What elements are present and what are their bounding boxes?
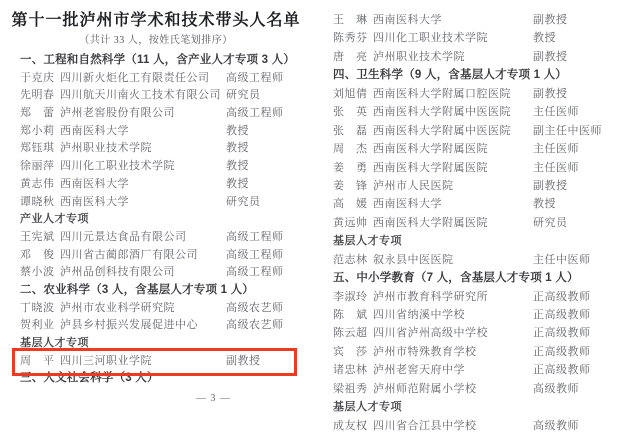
person-org: 泸州老窖天府中学 (373, 361, 465, 379)
person-name: 张 英 (333, 103, 368, 121)
person-name: 于克庆 (20, 70, 55, 88)
person-org: 泸州市特殊教育学校 (373, 343, 477, 361)
person-title: 正高级教师 (533, 288, 591, 306)
person-row: 谭晓秋西南医科大学研究员 (20, 194, 312, 212)
person-org: 泸州市教育科学研究所 (373, 288, 488, 306)
person-org: 西南医科大学附属中医医院 (373, 103, 511, 121)
person-title: 高级教师 (533, 380, 579, 398)
section-header: 五、中小学教育（7 人，含基层人才专项 1 人） (333, 269, 621, 287)
person-name: 周 杰 (333, 140, 368, 158)
section-header: 二、农业科学（3 人，含基层人才专项 1 人） (20, 282, 312, 300)
person-title: 研究员 (533, 214, 568, 232)
person-name: 谭晓秋 (20, 194, 55, 212)
person-row: 丁晓波泸州市农业科学研究院高级农艺师 (20, 300, 312, 318)
person-title: 教授 (533, 195, 556, 213)
person-row: 李淑玲泸州市教育科学研究所正高级教师 (333, 288, 621, 306)
person-row: 周 杰西南医科大学附属医院主任医师 (333, 140, 621, 158)
person-row: 姜 锋泸州市人民医院副教授 (333, 177, 621, 195)
person-title: 教授 (226, 158, 249, 176)
person-name: 黄远帅 (333, 214, 368, 232)
person-row: 梁祖秀泸州师范附属小学校高级教师 (333, 380, 621, 398)
person-org: 泸州师范附属小学校 (373, 380, 477, 398)
person-name: 徐丽萍 (20, 158, 55, 176)
person-name: 陈云超 (333, 324, 368, 342)
person-name: 丁晓波 (20, 300, 55, 318)
person-name: 成友权 (333, 417, 368, 435)
person-org: 泸州职业技术学院 (373, 48, 465, 66)
person-row: 黄远帅西南医科大学附属医院研究员 (333, 214, 621, 232)
person-org: 西南医科大学 (60, 123, 129, 141)
person-org: 西南医科大学附属医院 (373, 140, 488, 158)
person-row: 周 平四川三河职业学院副教授 (20, 353, 312, 371)
person-org: 泸州职业技术学院 (60, 140, 152, 158)
document-page: 第十一批泸州市学术和技术带头人名单 （共计 33 人，按姓氏笔划排序） 一、工程… (0, 0, 623, 445)
person-name: 刘旭倩 (333, 85, 368, 103)
person-org: 四川省合江县中学校 (373, 417, 477, 435)
person-row: 唐 亮泸州职业技术学院副教授 (333, 48, 621, 66)
person-title: 副教授 (533, 48, 568, 66)
person-title: 高级工程师 (226, 229, 284, 247)
person-title: 副主任中医师 (533, 122, 602, 140)
person-row: 宾 莎泸州市特殊教育学校正高级教师 (333, 343, 621, 361)
person-name: 周 平 (20, 353, 55, 371)
person-org: 泸州老窖股份有限公司 (60, 105, 175, 123)
person-name: 诸忠林 (333, 361, 368, 379)
person-row: 邓 俊四川省古蔺郎酒厂有限公司高级工程师 (20, 247, 312, 265)
person-org: 泸州市人民医院 (373, 177, 454, 195)
subsection-label: 产业人才专项 (20, 211, 312, 229)
person-name: 陈 斌 (333, 306, 368, 324)
person-name: 范志林 (333, 251, 368, 269)
person-title: 副教授 (533, 177, 568, 195)
person-row: 于克庆四川新火炬化工有限责任公司高级工程师 (20, 70, 312, 88)
person-title: 正高级教师 (533, 324, 591, 342)
person-name: 梁祖秀 (333, 380, 368, 398)
person-title: 高级工程师 (226, 264, 284, 282)
person-name: 陈秀芬 (333, 29, 368, 47)
person-title: 高级工程师 (226, 247, 284, 265)
person-row: 陈云超四川省泸州高级中学校正高级教师 (333, 324, 621, 342)
person-row: 王宪斌四川元景达食品有限公司高级工程师 (20, 229, 312, 247)
person-org: 四川省纳溪中学校 (373, 306, 465, 324)
person-title: 教授 (226, 176, 249, 194)
column-left: 一、工程和自然科学（11 人，含产业人才专项 3 人）于克庆四川新火炬化工有限责… (20, 52, 312, 388)
subsection-label: 基层人才专项 (333, 232, 621, 250)
person-row: 郑钰琪泸州职业技术学院教授 (20, 140, 312, 158)
person-org: 叙永县中医医院 (373, 251, 454, 269)
person-title: 高级工程师 (226, 70, 284, 88)
person-org: 四川省古蔺郎酒厂有限公司 (60, 247, 198, 265)
page-title: 第十一批泸州市学术和技术带头人名单 (0, 7, 312, 30)
person-title: 研究员 (226, 87, 261, 105)
person-row: 郑 蕾泸州老窖股份有限公司高级工程师 (20, 105, 312, 123)
person-title: 教授 (226, 140, 249, 158)
subsection-label: 基层人才专项 (333, 398, 621, 416)
person-name: 郑钰琪 (20, 140, 55, 158)
person-row: 郑小莉西南医科大学教授 (20, 123, 312, 141)
person-name: 先明春 (20, 87, 55, 105)
person-name: 宾 莎 (333, 343, 368, 361)
person-row: 成友权四川省合江县中学校高级教师 (333, 417, 621, 435)
person-title: 副教授 (226, 353, 261, 371)
person-row: 高 媛西南医科大学教授 (333, 195, 621, 213)
person-row: 陈 斌四川省纳溪中学校正高级教师 (333, 306, 621, 324)
person-row: 贺利业泸县乡村振兴发展促进中心高级农艺师 (20, 317, 312, 335)
person-title: 副教授 (533, 11, 568, 29)
person-org: 西南医科大学 (373, 11, 442, 29)
person-row: 张 磊西南医科大学附属中医医院副主任中医师 (333, 122, 621, 140)
person-title: 教授 (226, 123, 249, 141)
person-org: 西南医科大学 (373, 195, 442, 213)
person-title: 教授 (533, 29, 556, 47)
person-name: 郑 蕾 (20, 105, 55, 123)
person-org: 四川化工职业技术学院 (373, 29, 488, 47)
person-org: 西南医科大学附属医院 (373, 159, 488, 177)
person-title: 正高级教师 (533, 361, 591, 379)
person-name: 李淑玲 (333, 288, 368, 306)
person-name: 郑小莉 (20, 123, 55, 141)
person-org: 四川化工职业技术学院 (60, 158, 175, 176)
page-subtitle: （共计 33 人，按姓氏笔划排序） (0, 31, 312, 46)
person-row: 徐丽萍四川化工职业技术学院教授 (20, 158, 312, 176)
person-name: 王宪斌 (20, 229, 55, 247)
person-row: 蔡小波泸州品创科技有限公司高级工程师 (20, 264, 312, 282)
column-right: 王 琳西南医科大学副教授陈秀芬四川化工职业技术学院教授唐 亮泸州职业技术学院副教… (333, 11, 621, 435)
person-org: 四川航天川南火工技术有限公司 (60, 87, 221, 105)
person-name: 姜 勇 (333, 159, 368, 177)
person-title: 高级工程师 (226, 105, 284, 123)
person-title: 副教授 (533, 85, 568, 103)
person-row: 先明春四川航天川南火工技术有限公司研究员 (20, 87, 312, 105)
person-row: 张 英西南医科大学附属中医医院主任医师 (333, 103, 621, 121)
section-header: 三、人文社会科学（3 人） (20, 370, 312, 388)
person-title: 研究员 (226, 194, 261, 212)
person-org: 四川省泸州高级中学校 (373, 324, 488, 342)
person-name: 黄志伟 (20, 176, 55, 194)
person-title: 高级农艺师 (226, 317, 284, 335)
person-title: 正高级教师 (533, 306, 591, 324)
person-row: 诸忠林泸州老窖天府中学正高级教师 (333, 361, 621, 379)
person-row: 刘旭倩西南医科大学附属口腔医院副教授 (333, 85, 621, 103)
person-name: 王 琳 (333, 11, 368, 29)
person-org: 西南医科大学附属中医医院 (373, 122, 511, 140)
person-name: 蔡小波 (20, 264, 55, 282)
person-name: 唐 亮 (333, 48, 368, 66)
person-name: 张 磊 (333, 122, 368, 140)
person-org: 泸州市农业科学研究院 (60, 300, 175, 318)
section-header: 一、工程和自然科学（11 人，含产业人才专项 3 人） (20, 52, 312, 70)
person-org: 西南医科大学 (60, 194, 129, 212)
person-name: 贺利业 (20, 317, 55, 335)
person-org: 泸县乡村振兴发展促进中心 (60, 317, 198, 335)
person-org: 四川三河职业学院 (60, 353, 152, 371)
person-title: 正高级教师 (533, 343, 591, 361)
person-name: 邓 俊 (20, 247, 55, 265)
subsection-label: 基层人才专项 (20, 335, 312, 353)
person-name: 高 媛 (333, 195, 368, 213)
person-org: 西南医科大学 (60, 176, 129, 194)
person-title: 主任中医师 (533, 251, 591, 269)
page-number: — 3 — (196, 393, 231, 404)
person-org: 西南医科大学附属医院 (373, 214, 488, 232)
person-title: 高级农艺师 (226, 300, 284, 318)
person-name: 姜 锋 (333, 177, 368, 195)
person-row: 姜 勇西南医科大学附属医院主任医师 (333, 159, 621, 177)
person-org: 四川元景达食品有限公司 (60, 229, 187, 247)
person-row: 黄志伟西南医科大学教授 (20, 176, 312, 194)
section-header: 四、卫生科学（9 人，含基层人才专项 1 人） (333, 66, 621, 84)
person-org: 四川新火炬化工有限责任公司 (60, 70, 210, 88)
person-title: 主任医师 (533, 103, 579, 121)
person-row: 王 琳西南医科大学副教授 (333, 11, 621, 29)
person-org: 西南医科大学附属口腔医院 (373, 85, 511, 103)
person-row: 范志林叙永县中医医院主任中医师 (333, 251, 621, 269)
person-title: 高级教师 (533, 417, 579, 435)
person-row: 陈秀芬四川化工职业技术学院教授 (333, 29, 621, 47)
person-title: 主任医师 (533, 140, 579, 158)
person-title: 主任医师 (533, 159, 579, 177)
person-org: 泸州品创科技有限公司 (60, 264, 175, 282)
